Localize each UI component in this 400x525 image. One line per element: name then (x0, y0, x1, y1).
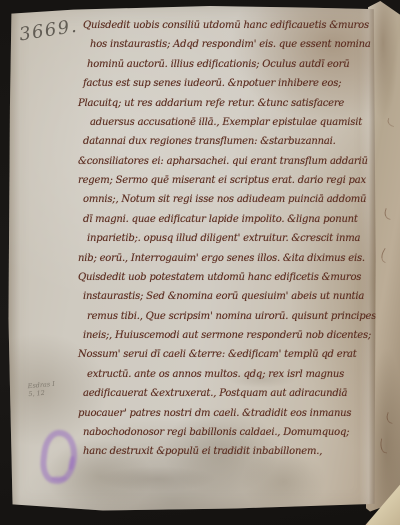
text-line: hos instaurastis; Adqd respondim' eis. q… (90, 35, 381, 54)
margin-note-verse: 5, 12 (28, 388, 56, 398)
library-stamp (39, 426, 81, 484)
edge-ink-mark (378, 248, 391, 263)
parchment-stain (97, 466, 217, 492)
text-line: aduersus accusationē illā., Exemplar epi… (90, 113, 381, 132)
parchment-page: 3669. Esdras I 5, 12 Quisdedit uobis con… (7, 4, 376, 512)
text-line: ineis;, Huiuscemodi aut sermone responde… (83, 326, 381, 345)
text-line: puocauer' patres nostri dm caeli. &tradi… (78, 404, 381, 423)
manuscript-text-block: Quisdedit uobis consiliū utdomū hanc edi… (83, 16, 381, 462)
text-line: dī magni. quae edificatur lapide impolit… (83, 210, 381, 229)
text-line: nib; eorū., Interrogauim' ergo senes ill… (78, 249, 381, 268)
text-line: Quisdedit uob potestatem utdomū hanc edi… (78, 268, 381, 287)
text-line: hominū auctorū. illius edificationis; Oc… (87, 55, 381, 74)
edge-ink-mark (383, 208, 394, 220)
text-line: factus est sup senes iudeorū. &npotuer i… (83, 74, 381, 93)
text-line: remus tibi., Que scripsim' nomina uirorū… (87, 307, 381, 326)
text-line: Quisdedit uobis consiliū utdomū hanc edi… (83, 16, 381, 35)
text-line: hanc destruxit &populū ei tradidit inbab… (83, 442, 381, 461)
text-line: instaurastis; Sed &nomina eorū quesiuim'… (83, 287, 381, 306)
text-line: regem; Sermo quē miserant ei scriptus er… (78, 171, 381, 190)
text-line: Placuitq; ut res addarium refe retur. &t… (78, 94, 381, 113)
text-line: Nossum' serui dī caeli &terre: &edificam… (78, 345, 381, 364)
shelfmark-number: 3669. (18, 16, 80, 46)
edge-ink-mark (385, 412, 396, 424)
text-line: datannai dux regiones transflumen: &star… (83, 132, 381, 151)
edge-ink-mark (379, 439, 389, 454)
margin-pencil-note: Esdras I 5, 12 (27, 380, 55, 398)
edge-ink-mark (386, 118, 396, 127)
text-line: nabochodonosor regi babillonis caldaei.,… (83, 423, 381, 442)
manuscript-photo: 3669. Esdras I 5, 12 Quisdedit uobis con… (0, 0, 400, 525)
stamp-speck (51, 476, 67, 481)
text-line: inparietib;. opusq illud diligent' extru… (87, 229, 381, 248)
text-line: aedificauerat &extruxerat., Postquam aut… (83, 384, 381, 403)
text-line: &consiliatores ei: apharsachei. qui eran… (78, 152, 381, 171)
text-line: omnis;, Notum sit regi isse nos adiudeam… (83, 190, 381, 209)
text-line: extructū. ante os annos multos. qdq; rex… (87, 365, 381, 384)
